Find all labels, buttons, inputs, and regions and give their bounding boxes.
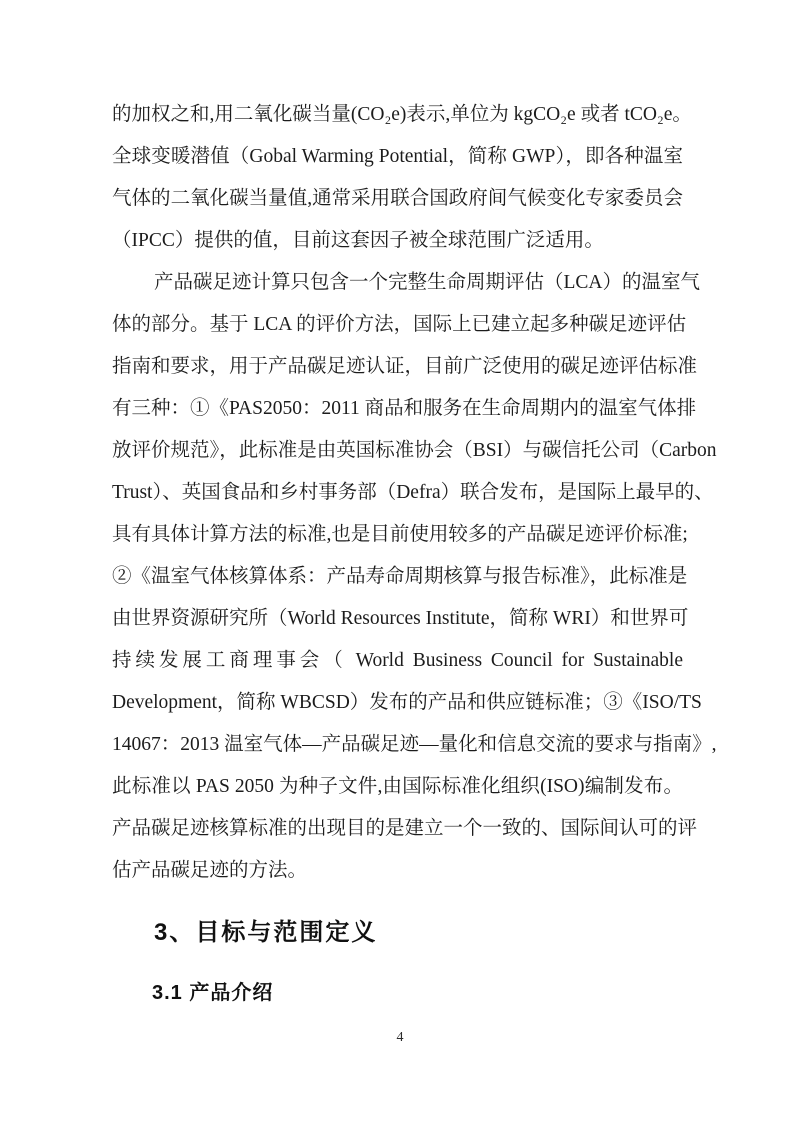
subsection-heading: 3.1 产品介绍 — [152, 976, 273, 1005]
document-page: 的加权之和,用二氧化碳当量(CO₂e)表示,单位为 kgCO₂e 或者 tCO₂… — [0, 0, 800, 1132]
text-line: 体的部分。基于 LCA 的评价方法，国际上已建立起多种碳足迹评估 — [112, 304, 683, 346]
text-line: 指南和要求，用于产品碳足迹认证，目前广泛使用的碳足迹评估标准 — [112, 346, 683, 388]
page-number: 4 — [0, 1030, 800, 1046]
text-line: （IPCC）提供的值，目前这套因子被全球范围广泛适用。 — [112, 220, 683, 262]
document-body: 的加权之和,用二氧化碳当量(CO₂e)表示,单位为 kgCO₂e 或者 tCO₂… — [112, 94, 683, 892]
text-line: Development，简称 WBCSD）发布的产品和供应链标准；③《ISO/T… — [112, 682, 683, 724]
text-line: 有三种：①《PAS2050：2011 商品和服务在生命周期内的温室气体排 — [112, 388, 683, 430]
section-heading: 3、目标与范围定义 — [154, 912, 377, 947]
text-line: 估产品碳足迹的方法。 — [112, 850, 683, 892]
text-line: 产品碳足迹核算标准的出现目的是建立一个一致的、国际间认可的评 — [112, 808, 683, 850]
text-line: 具有具体计算方法的标准,也是目前使用较多的产品碳足迹评价标准; — [112, 514, 683, 556]
text-line: 的加权之和,用二氧化碳当量(CO₂e)表示,单位为 kgCO₂e 或者 tCO₂… — [112, 94, 683, 136]
text-line: 持续发展工商理事会（ World Business Council for Su… — [112, 640, 683, 682]
text-line: 放评价规范》，此标准是由英国标准协会（BSI）与碳信托公司（Carbon — [112, 430, 683, 472]
text-line: 此标准以 PAS 2050 为种子文件,由国际标准化组织(ISO)编制发布。 — [112, 766, 683, 808]
text-line: Trust）、英国食品和乡村事务部（Defra）联合发布，是国际上最早的、 — [112, 472, 683, 514]
text-line: 由世界资源研究所（World Resources Institute，简称 WR… — [112, 598, 683, 640]
text-line: 全球变暖潜值（Gobal Warming Potential，简称 GWP），即… — [112, 136, 683, 178]
text-line: ②《温室气体核算体系：产品寿命周期核算与报告标准》，此标准是 — [112, 556, 683, 598]
text-line: 14067：2013 温室气体—产品碳足迹—量化和信息交流的要求与指南》, — [112, 724, 683, 766]
text-line: 气体的二氧化碳当量值,通常采用联合国政府间气候变化专家委员会 — [112, 178, 683, 220]
text-line: 产品碳足迹计算只包含一个完整生命周期评估（LCA）的温室气 — [112, 262, 683, 304]
